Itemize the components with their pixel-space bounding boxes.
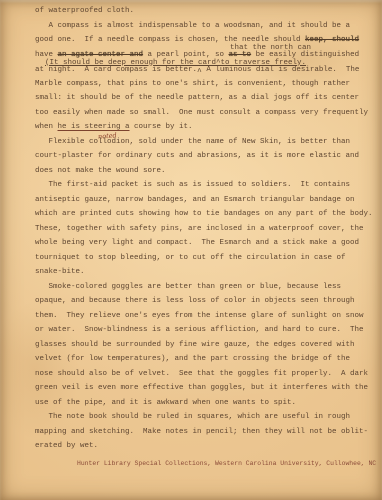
archive-credit-line: Hunter Library Special Collections, West… xyxy=(77,460,376,468)
typed-text: mapping and sketching. Make notes in pen… xyxy=(35,428,368,436)
text-line: tourniquet to stop bleeding, or to cut o… xyxy=(35,254,376,269)
text-line: glasses should be surrounded by fine wir… xyxy=(35,341,376,356)
text-line: velvet (for low temperatures), and the p… xyxy=(35,355,376,370)
text-line: good one. If a needle compass is chosen,… xyxy=(35,36,376,51)
typed-text: green veil is even more effective than g… xyxy=(35,384,368,392)
text-line: nose should also be of velvet. See that … xyxy=(35,370,376,385)
typed-text: These, together with safety pins, are in… xyxy=(35,225,364,233)
typed-text: Smoke-colored goggles are better than gr… xyxy=(35,283,341,291)
text-line: erated by wet. xyxy=(35,442,376,457)
typed-text: good one. If a needle compass is chosen,… xyxy=(35,36,305,44)
typed-text: Flexible collodion, sold under the name … xyxy=(35,138,350,146)
text-line: These, together with safety pins, are in… xyxy=(35,225,376,240)
text-line: mapping and sketching. Make notes in pen… xyxy=(35,428,376,443)
text-line: small: it should be of the needle patter… xyxy=(35,94,376,109)
struck-out-text: an agate center and xyxy=(58,51,144,59)
typed-text: A luminous dial is desirable. The xyxy=(202,66,360,74)
typed-text: court-plaster for ordinary cuts and abra… xyxy=(35,152,359,160)
text-line: when he is steering a course by it.noted xyxy=(35,123,376,138)
text-line: them. They relieve one's eyes from the i… xyxy=(35,312,376,327)
text-line: The note book should be ruled in squares… xyxy=(35,413,376,428)
text-line: have an agate center and a pearl point, … xyxy=(35,51,376,66)
insertion-caret-mark: ^ xyxy=(197,68,202,77)
text-line: A compass is almost indispensable to a w… xyxy=(35,22,376,37)
struck-out-text: keep, should xyxy=(305,36,359,44)
text-line: opaque, and because there is less loss o… xyxy=(35,297,376,312)
typed-text: at night. A card compass is better. xyxy=(35,66,197,74)
typed-text: have xyxy=(35,51,58,59)
typed-text: velvet (for low temperatures), and the p… xyxy=(35,355,350,363)
typed-text: course by it. xyxy=(130,123,193,131)
typed-text: or water. Snow-blindness is a serious af… xyxy=(35,326,364,334)
text-line: court-plaster for ordinary cuts and abra… xyxy=(35,152,376,167)
text-line: Flexible collodion, sold under the name … xyxy=(35,138,376,153)
text-line: antiseptic gauze, narrow bandages, and a… xyxy=(35,196,376,211)
typed-text: be easily distinguished xyxy=(251,51,359,59)
text-line: too easily when made so small. One must … xyxy=(35,109,376,124)
typed-text: a pearl point, so xyxy=(143,51,229,59)
typed-text: antiseptic gauze, narrow bandages, and a… xyxy=(35,196,355,204)
typed-text: he is steering a xyxy=(58,123,130,131)
struck-out-text: as to xyxy=(229,51,252,59)
text-line: of waterproofed cloth. xyxy=(35,7,376,22)
typed-text: The note book should be ruled in squares… xyxy=(35,413,350,421)
text-line: at night. A card compass is better.^ A l… xyxy=(35,65,376,80)
typed-text: opaque, and because there is less loss o… xyxy=(35,297,355,305)
text-line: Marble compass, that pins to one's shirt… xyxy=(35,80,376,95)
text-line: or water. Snow-blindness is a serious af… xyxy=(35,326,376,341)
text-line: snake-bite. xyxy=(35,268,376,283)
typed-text: glasses should be surrounded by fine wir… xyxy=(35,341,355,349)
typed-text: too easily when made so small. One must … xyxy=(35,109,368,117)
typewritten-text-block: of waterproofed cloth. A compass is almo… xyxy=(0,0,382,468)
text-line: whole being very light and compact. The … xyxy=(35,239,376,254)
typed-text: of waterproofed cloth. xyxy=(35,7,134,15)
typed-text: snake-bite. xyxy=(35,268,85,276)
typed-text: use of the pipe, and it is awkward when … xyxy=(35,399,296,407)
typed-text: when xyxy=(35,123,58,131)
text-line: green veil is even more effective than g… xyxy=(35,384,376,399)
typed-text: nose should also be of velvet. See that … xyxy=(35,370,368,378)
typed-text: which are printed cuts showing how to ti… xyxy=(35,210,373,218)
text-line: use of the pipe, and it is awkward when … xyxy=(35,399,376,414)
typed-text: erated by wet. xyxy=(35,442,98,450)
text-line: which are printed cuts showing how to ti… xyxy=(35,210,376,225)
typed-text: small: it should be of the needle patter… xyxy=(35,94,359,102)
typed-text: them. They relieve one's eyes from the i… xyxy=(35,312,364,320)
typed-text: does not make the wound sore. xyxy=(35,167,166,175)
text-line: The first-aid packet is such as is issue… xyxy=(35,181,376,196)
typed-text: tourniquet to stop bleeding, or to cut o… xyxy=(35,254,346,262)
typed-text: whole being very light and compact. The … xyxy=(35,239,359,247)
text-line: Smoke-colored goggles are better than gr… xyxy=(35,283,376,298)
document-lines: of waterproofed cloth. A compass is almo… xyxy=(35,7,376,457)
typed-text: A compass is almost indispensable to a w… xyxy=(35,22,350,30)
scanned-document-page: of waterproofed cloth. A compass is almo… xyxy=(0,0,382,500)
typed-text: Marble compass, that pins to one's shirt… xyxy=(35,80,350,88)
text-line: does not make the wound sore. xyxy=(35,167,376,182)
typed-text: The first-aid packet is such as is issue… xyxy=(35,181,350,189)
